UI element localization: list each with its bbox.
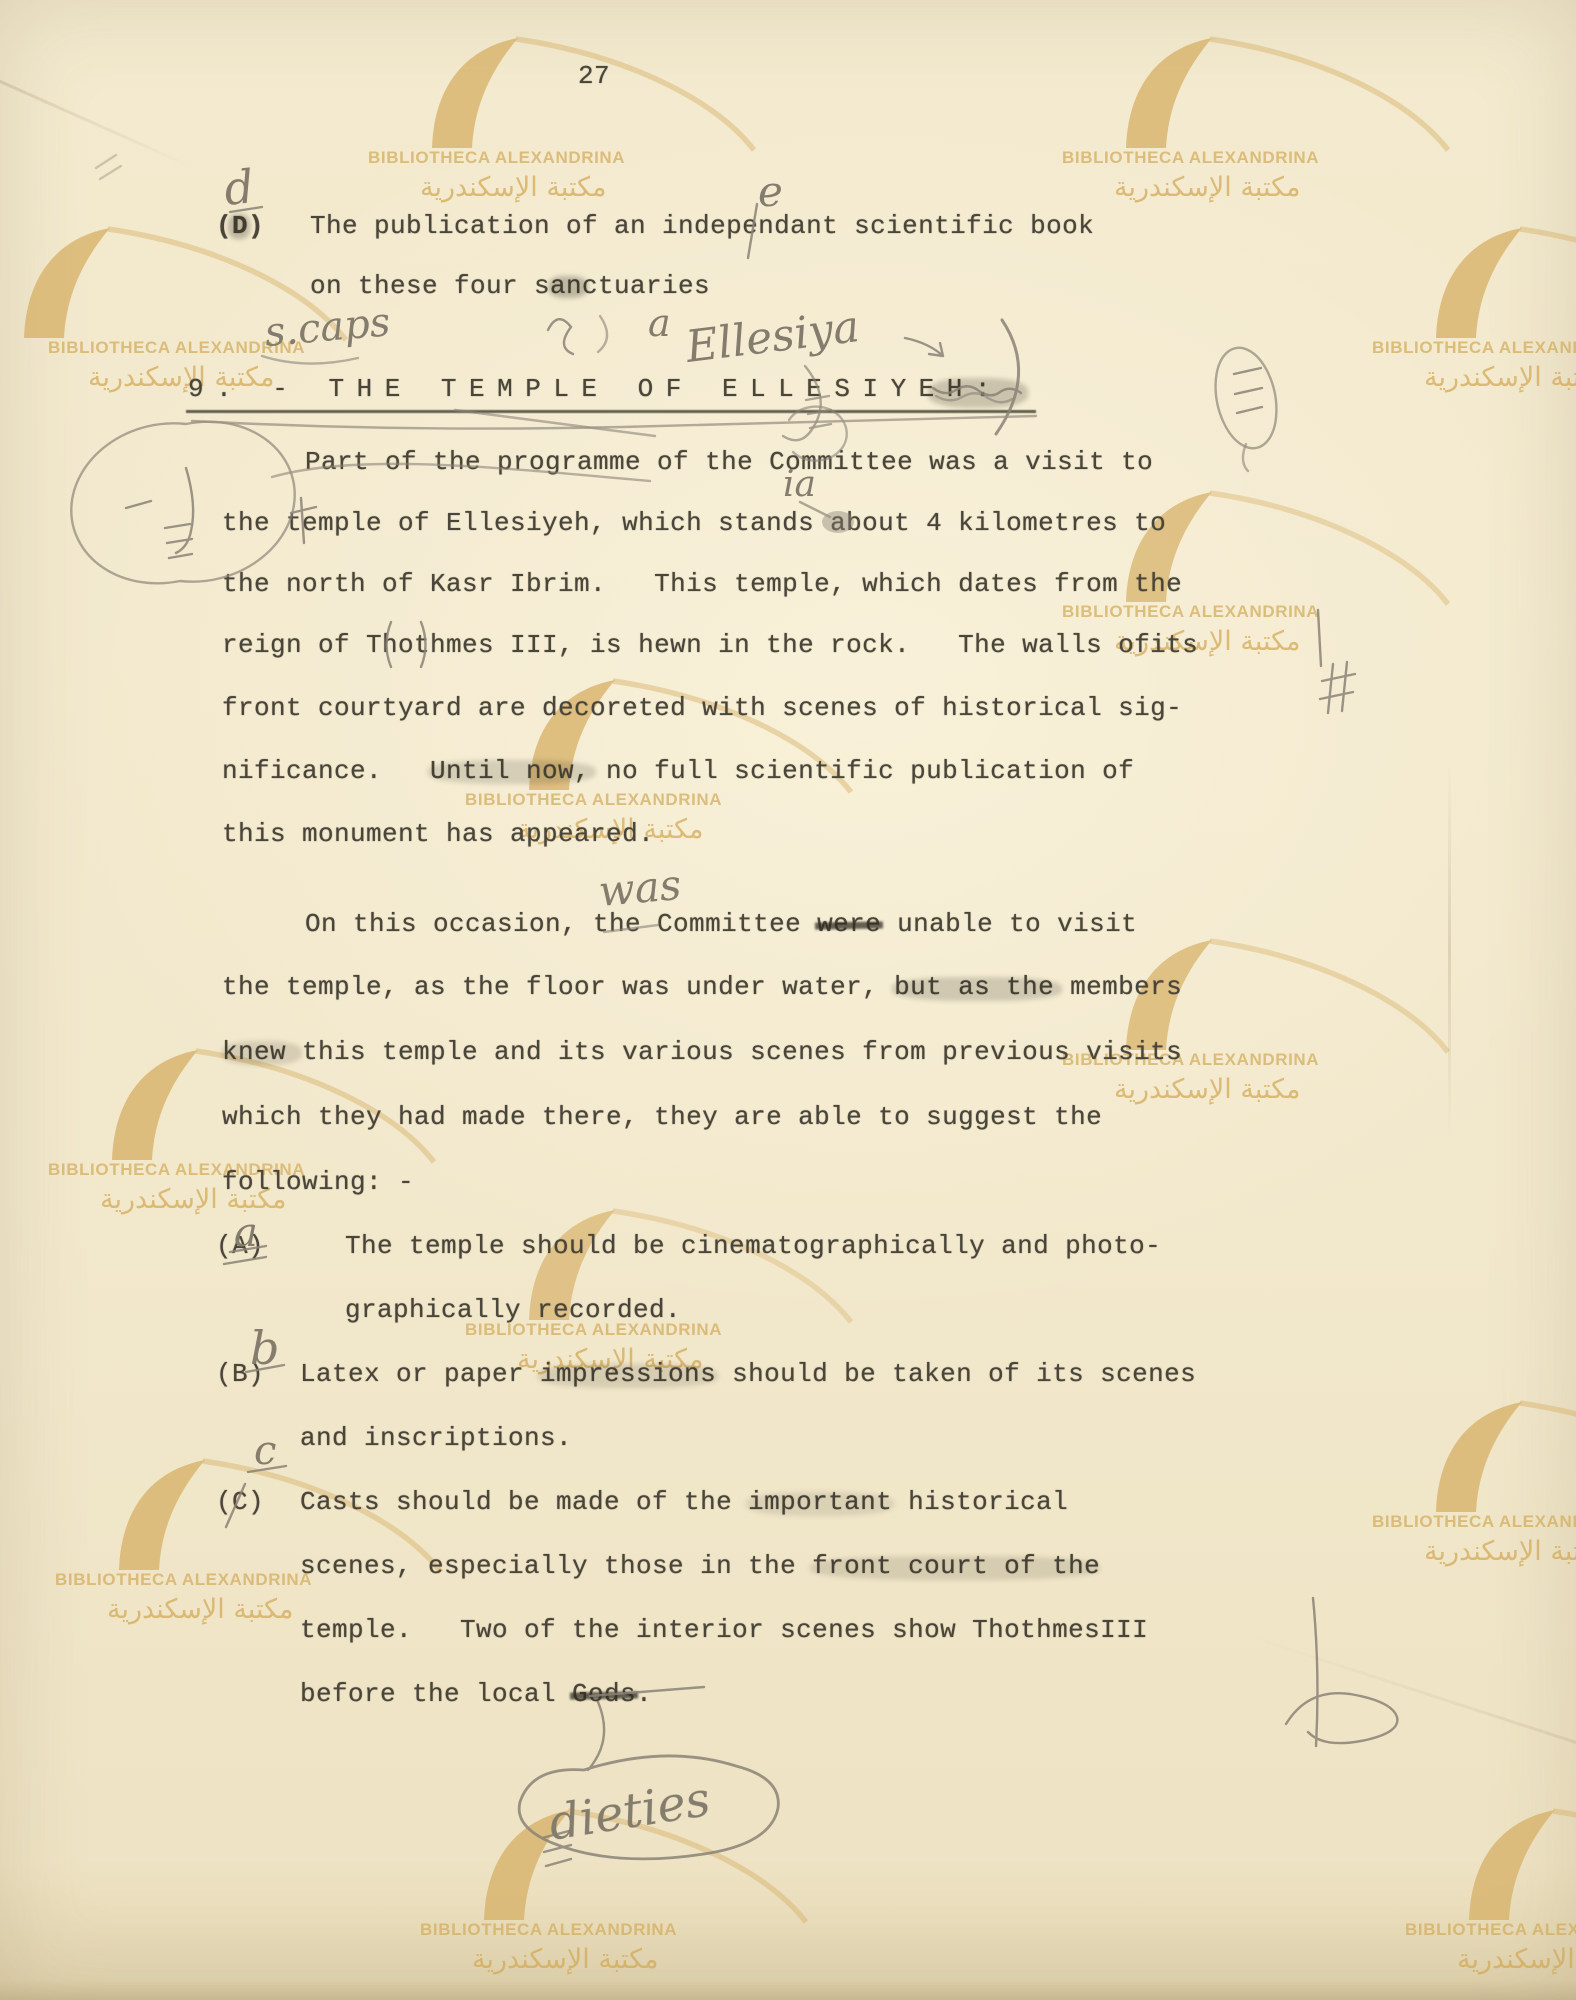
para1-line6: nificance. Until now, no full scientific… (222, 757, 1134, 785)
ink-smudge (928, 378, 1028, 408)
word-gods-struck: Gods (572, 1679, 636, 1709)
para1-line7: this monument has appeared. (222, 820, 654, 848)
item-b-label: (B) (216, 1360, 264, 1388)
item-c-line1: Casts should be made of the important hi… (300, 1488, 1068, 1516)
item-a-line2: graphically recorded. (345, 1296, 681, 1324)
para2-line1-pre: On this occasion, the Committee (305, 909, 817, 939)
item-a-line1: The temple should be cinematographically… (345, 1232, 1161, 1260)
para2-line1: On this occasion, the Committee were una… (305, 910, 1137, 938)
item-c-label: (C) (216, 1488, 264, 1516)
para1-line3: the north of Kasr Ibrim. This temple, wh… (222, 570, 1182, 598)
para2-line3: knew this temple and its various scenes … (222, 1038, 1182, 1066)
item-d-line2: on these four sanctuaries (310, 272, 710, 300)
item-b-line1: Latex or paper impressions should be tak… (300, 1360, 1196, 1388)
ink-smudge (222, 1041, 302, 1065)
ink-smudge (428, 760, 596, 784)
para2-line1-post: unable to visit (881, 909, 1137, 939)
item-c-line3: temple. Two of the interior scenes show … (300, 1616, 1148, 1644)
item-c-line4: before the local Gods. (300, 1680, 652, 1708)
page-number: 27 (578, 62, 610, 90)
section-heading: 9. - THE TEMPLE OF ELLESIYEH: (188, 375, 1003, 403)
para1-line2: the temple of Ellesiyeh, which stands ab… (222, 509, 1166, 537)
ink-smudge (892, 977, 1062, 1001)
heading-underline (186, 410, 1036, 413)
item-c-line4-pre: before the local (300, 1679, 572, 1709)
ink-smudge (538, 1364, 718, 1388)
para2-line4: which they had made there, they are able… (222, 1103, 1102, 1131)
word-were-struck: were (817, 909, 881, 939)
ink-smudge (228, 214, 250, 239)
para1-line5: front courtyard are decoreted with scene… (222, 694, 1182, 722)
item-d-line1: The publication of an independant scient… (310, 212, 1094, 240)
item-b-line2: and inscriptions. (300, 1424, 572, 1452)
item-a-label: (A) (216, 1232, 264, 1260)
para2-line5: following: - (222, 1168, 414, 1196)
ink-smudge (746, 1492, 894, 1516)
para1-line1: Part of the programme of the Committee w… (305, 448, 1153, 476)
ink-smudge (810, 1556, 1100, 1580)
para1-line4: reign of Thothmes III, is hewn in the ro… (222, 631, 1198, 659)
ink-smudge (548, 276, 588, 298)
item-c-line4-post: . (636, 1679, 652, 1709)
